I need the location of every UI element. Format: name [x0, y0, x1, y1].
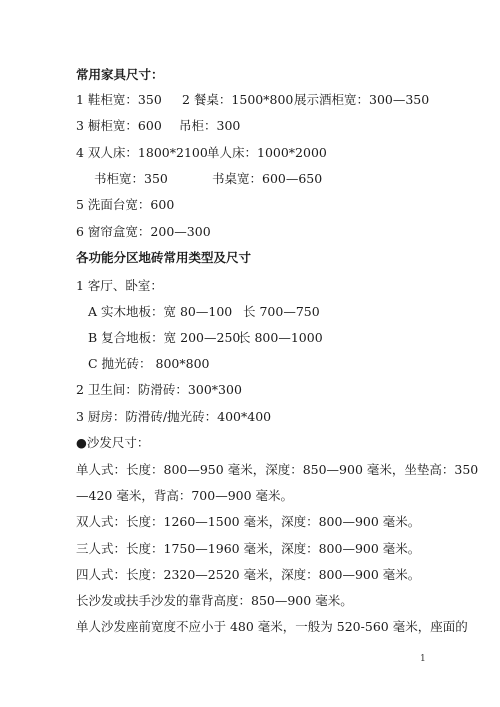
heading-sofa-sizes: ●沙发尺寸：: [76, 435, 149, 451]
bathroom-tile-size: 2 卫生间：防滑砖：300*300: [76, 382, 242, 398]
heading-furniture-sizes: 常用家具尺寸：: [76, 67, 164, 83]
living-bedroom-label: 1 客厅、卧室：: [76, 278, 163, 294]
polished-tile-size: C 抛光砖： 800*800: [88, 356, 209, 372]
laminate-floor-length: 长 800—1000: [238, 330, 323, 346]
sofa-line-6: 长沙发或扶手沙发的靠背高度：850—900 毫米。: [76, 593, 353, 609]
sofa-line-3: 双人式：长度：1260—1500 毫米，深度：800—900 毫米。: [76, 514, 420, 530]
double-bed-size: 4 双人床：1800*2100: [76, 145, 208, 161]
sofa-line-4: 三人式：长度：1750—1960 毫米，深度：800—900 毫米。: [76, 541, 420, 557]
sofa-line-2: —420 毫米，背高：700—900 毫米。: [76, 488, 293, 504]
curtain-box-width: 6 窗帘盒宽：200—300: [76, 224, 211, 240]
wall-cabinet-width: 吊柜：300: [179, 118, 240, 134]
kitchen-cabinet-width: 3 橱柜宽：600: [76, 118, 162, 134]
sofa-line-1: 单人式：长度：800—950 毫米，深度：850—900 毫米，坐垫高：350: [76, 462, 478, 478]
document-page: 常用家具尺寸： 1 鞋柜宽：350 2 餐桌：1500*800 展示酒柜宽：30…: [0, 0, 500, 707]
hardwood-floor-length: 长 700—750: [243, 304, 320, 320]
display-cabinet-width: 展示酒柜宽：300—350: [294, 92, 429, 108]
shoe-cabinet-width: 1 鞋柜宽：350: [76, 92, 162, 108]
single-bed-size: 单人床：1000*2000: [207, 145, 327, 161]
sofa-line-5: 四人式：长度：2320—2520 毫米，深度：800—900 毫米。: [76, 567, 420, 583]
dining-table-size: 2 餐桌：1500*800: [182, 92, 293, 108]
washbasin-width: 5 洗面台宽：600: [76, 197, 174, 213]
heading-floor-tiles: 各功能分区地砖常用类型及尺寸: [76, 250, 251, 266]
sofa-line-7: 单人沙发座前宽度不应小于 480 毫米，一般为 520-560 毫米，座面的: [76, 619, 468, 635]
page-number: 1: [420, 654, 426, 664]
kitchen-tile-size: 3 厨房：防滑砖/抛光砖：400*400: [76, 409, 271, 425]
bookcase-width: 书柜宽：350: [94, 171, 168, 187]
hardwood-floor-width: A 实木地板：宽 80—100: [88, 304, 232, 320]
desk-width: 书桌宽：600—650: [212, 171, 322, 187]
laminate-floor-width: B 复合地板：宽 200—250: [88, 330, 240, 346]
